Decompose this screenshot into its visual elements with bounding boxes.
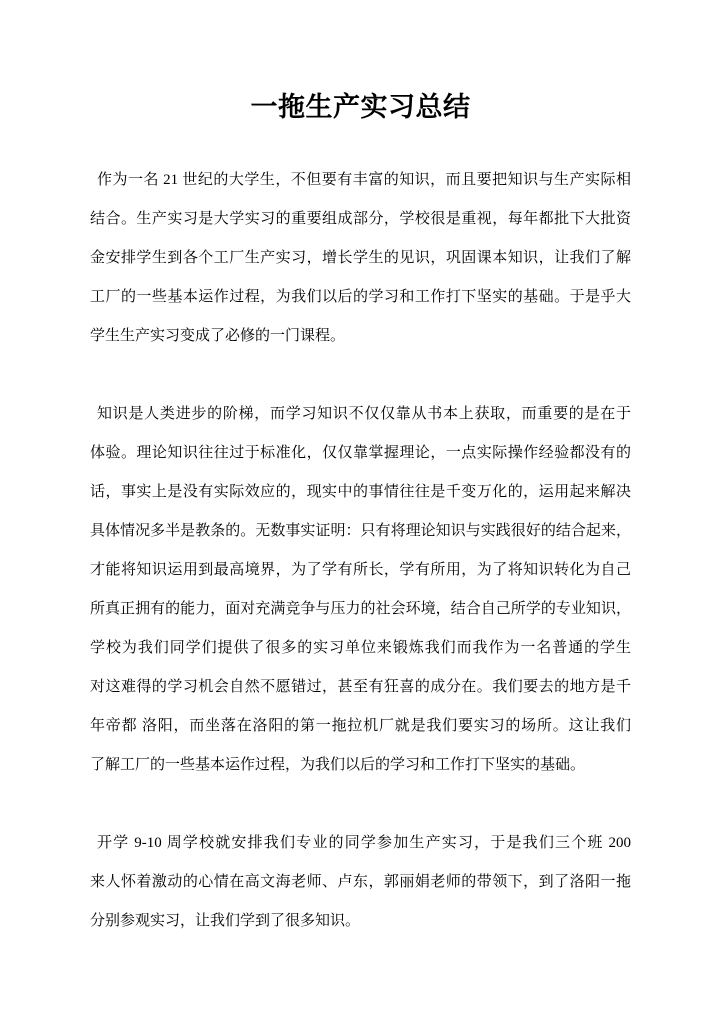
text-line: 学生生产实习变成了必修的一门课程。 [90,317,631,356]
text-line: 话，事实上是没有实际效应的，现实中的事情往往是千变万化的，运用起来解决 [90,473,631,512]
text-line: 工厂的一些基本运作过程，为我们以后的学习和工作打下坚实的基础。于是乎大 [90,278,631,317]
text-line: 开学 9-10 周学校就安排我们专业的同学参加生产实习，于是我们三个班 200 [90,824,631,863]
text-line: 作为一名 21 世纪的大学生，不但要有丰富的知识，而且要把知识与生产实际相 [90,161,631,200]
paragraph: 作为一名 21 世纪的大学生，不但要有丰富的知识，而且要把知识与生产实际相结合。… [90,161,631,356]
text-line: 金安排学生到各个工厂生产实习，增长学生的见识，巩固课本知识，让我们了解 [90,239,631,278]
paragraph: 开学 9-10 周学校就安排我们专业的同学参加生产实习，于是我们三个班 200来… [90,824,631,941]
text-line: 分别参观实习，让我们学到了很多知识。 [90,902,631,941]
document-content: 作为一名 21 世纪的大学生，不但要有丰富的知识，而且要把知识与生产实际相结合。… [90,161,631,941]
document-page: 一拖生产实习总结 作为一名 21 世纪的大学生，不但要有丰富的知识，而且要把知识… [0,0,721,1020]
text-line: 体验。理论知识往往过于标准化，仅仅靠掌握理论，一点实际操作经验都没有的 [90,434,631,473]
text-line: 所真正拥有的能力，面对充满竞争与压力的社会环境，结合自己所学的专业知识， [90,590,631,629]
text-line: 结合。生产实习是大学实习的重要组成部分，学校很是重视，每年都批下大批资 [90,200,631,239]
text-line: 来人怀着激动的心情在高文海老师、卢东，郭丽娟老师的带领下，到了洛阳一拖 [90,863,631,902]
text-line: 才能将知识运用到最高境界，为了学有所长，学有所用，为了将知识转化为自己 [90,551,631,590]
text-line: 年帝都 洛阳，而坐落在洛阳的第一拖拉机厂就是我们要实习的场所。这让我们 [90,707,631,746]
text-line: 对这难得的学习机会自然不愿错过，甚至有狂喜的成分在。我们要去的地方是千 [90,668,631,707]
document-title: 一拖生产实习总结 [90,89,631,125]
text-line: 知识是人类进步的阶梯，而学习知识不仅仅靠从书本上获取，而重要的是在于 [90,395,631,434]
text-line: 学校为我们同学们提供了很多的实习单位来锻炼我们而我作为一名普通的学生 [90,629,631,668]
text-line: 具体情况多半是教条的。无数事实证明：只有将理论知识与实践很好的结合起来， [90,512,631,551]
paragraph: 知识是人类进步的阶梯，而学习知识不仅仅靠从书本上获取，而重要的是在于体验。理论知… [90,395,631,785]
text-line: 了解工厂的一些基本运作过程，为我们以后的学习和工作打下坚实的基础。 [90,746,631,785]
